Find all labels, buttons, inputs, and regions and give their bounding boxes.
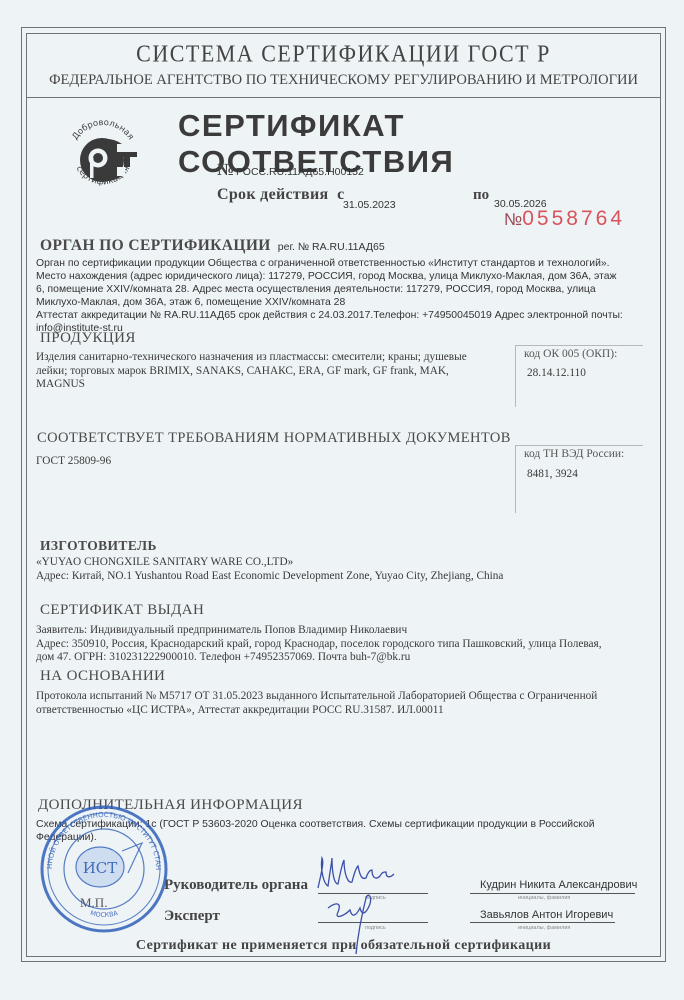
certification-body-title: ОРГАН ПО СЕРТИФИКАЦИИ (40, 237, 271, 254)
text-line: Заявитель: Индивидуальный предпринимател… (36, 624, 661, 638)
text-line: Протокола испытаний № М5717 ОТ 31.05.202… (36, 690, 661, 704)
text-line: Место нахождения (адрес юридического лиц… (36, 270, 656, 283)
manufacturer-heading: ИЗГОТОВИТЕЛЬ (40, 538, 157, 554)
valid-from-date: 31.05.2023 (343, 199, 396, 211)
basis-heading: НА ОСНОВАНИИ (40, 668, 165, 685)
number-label: № (217, 160, 234, 180)
serial-number: №0558764 (504, 207, 625, 231)
system-title: СИСТЕМА СЕРТИФИКАЦИИ ГОСТ Р (26, 40, 661, 69)
text-line: Адрес: 350910, Россия, Краснодарский кра… (36, 638, 661, 652)
expert-name: Завьялов Антон Игоревич (480, 909, 613, 921)
footer-note: Сертификат не применяется при обязательн… (26, 938, 661, 954)
serial-prefix: № (504, 210, 522, 229)
text-line: ответственностью «ЦС ИСТРА», Аттестат ак… (36, 704, 661, 718)
tnved-code-box: код ТН ВЭД России: 8481, 3924 (515, 445, 643, 513)
to-label: по (473, 187, 489, 204)
validity-label: Срок действия с (217, 186, 344, 204)
standard-reference: ГОСТ 25809-96 (36, 455, 111, 469)
validity-text: Срок действия (217, 186, 328, 203)
rst-logo-icon: Добровольная сертификация (62, 114, 144, 200)
text-line: Орган по сертификации продукции Общества… (36, 257, 656, 270)
issued-to-heading: СЕРТИФИКАТ ВЫДАН (40, 602, 204, 619)
head-label: Руководитель органа (164, 877, 308, 894)
certification-body-details: Орган по сертификации продукции Общества… (36, 257, 656, 335)
applicant-details: Заявитель: Индивидуальный предпринимател… (36, 624, 661, 665)
expert-name-line (470, 922, 615, 923)
basis-details: Протокола испытаний № М5717 ОТ 31.05.202… (36, 690, 661, 717)
text-line: 6, помещение XXIV/комната 28. Адрес мест… (36, 283, 656, 296)
head-name-caption: инициалы, фамилия (518, 895, 570, 901)
certificate-number: РОСС.RU.11АД65.Н00152 (236, 166, 364, 178)
text-line: Миклухо-Маклая, дом 36А, этаж 6, помещен… (36, 296, 656, 309)
certification-body-reg: рег. № RA.RU.11АД65 (278, 241, 385, 253)
text-line: Аттестат аккредитации № RA.RU.11АД65 сро… (36, 309, 656, 322)
svg-text:ИСТ: ИСТ (83, 859, 118, 877)
serial-digits: 0558764 (522, 207, 625, 230)
svg-text:МОСКВА: МОСКВА (89, 909, 119, 919)
conformity-heading: СООТВЕТСТВУЕТ ТРЕБОВАНИЯМ НОРМАТИВНЫХ ДО… (37, 430, 511, 447)
agency-name: ФЕДЕРАЛЬНОЕ АГЕНТСТВО ПО ТЕХНИЧЕСКОМУ РЕ… (26, 72, 661, 89)
manufacturer-address: Адрес: Китай, NO.1 Yushantou Road East E… (36, 570, 656, 584)
head-name-line (470, 893, 635, 894)
head-name: Кудрин Никита Александрович (480, 879, 637, 891)
tnved-value: 8481, 3924 (527, 468, 643, 480)
text-line: Изделия санитарно-технического назначени… (36, 351, 506, 365)
okp-label: код ОК 005 (ОКП): (524, 348, 643, 360)
manufacturer-name: «YUYAO CHONGXILE SANITARY WARE CO.,LTD» (36, 556, 656, 570)
text-line: лейки; торговых марок BRIMIX, SANAKS, СА… (36, 365, 506, 379)
product-heading: ПРОДУКЦИЯ (40, 330, 136, 347)
expert-name-caption: инициалы, фамилия (518, 925, 570, 931)
tnved-label: код ТН ВЭД России: (524, 448, 643, 460)
product-description: Изделия санитарно-технического назначени… (36, 351, 506, 392)
header-divider (26, 97, 661, 98)
manufacturer-details: «YUYAO CHONGXILE SANITARY WARE CO.,LTD» … (36, 556, 656, 583)
text-line: дом 47. ОГРН: 310231222900010. Телефон +… (36, 651, 661, 665)
expert-label: Эксперт (164, 908, 220, 925)
text-line: MAGNUS (36, 378, 506, 392)
official-stamp-icon: ОБЩЕСТВО С ОГРАНИЧЕННОЙ ОТВЕТСТВЕННОСТЬЮ… (38, 803, 170, 935)
certification-body-heading: ОРГАН ПО СЕРТИФИКАЦИИ рег. № RA.RU.11АД6… (40, 237, 385, 255)
okp-code-box: код ОК 005 (ОКП): 28.14.12.110 (515, 345, 643, 407)
okp-value: 28.14.12.110 (527, 367, 643, 379)
